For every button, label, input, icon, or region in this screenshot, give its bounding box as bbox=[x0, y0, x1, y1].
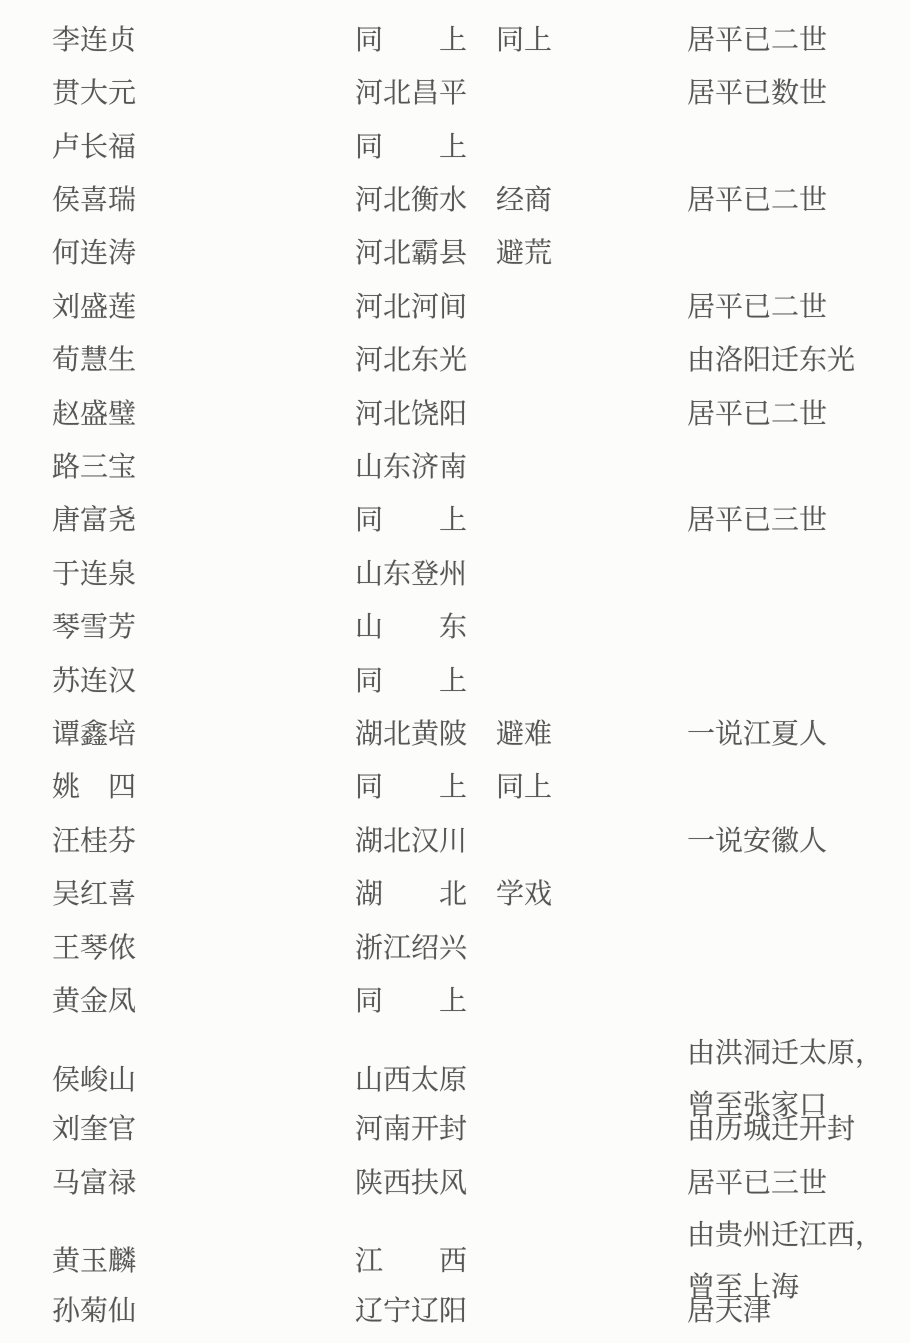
residence-note: 一说安徽人 bbox=[687, 825, 910, 859]
table-row: 孙菊仙 辽宁辽阳 居天津 bbox=[0, 1285, 910, 1338]
native-place: 同 上 bbox=[355, 665, 496, 699]
residence-note: 居平已二世 bbox=[687, 184, 910, 218]
native-place: 河北河间 bbox=[355, 291, 496, 325]
table-row: 黄金凤 同 上 bbox=[0, 975, 910, 1028]
residence-note: 居平已三世 bbox=[687, 1167, 910, 1201]
table-row: 何连涛 河北霸县 避荒 bbox=[0, 228, 910, 281]
performer-name: 赵盛璧 bbox=[52, 398, 355, 432]
table-row: 苏连汉 同 上 bbox=[0, 655, 910, 708]
residence-note-line: 由洛阳迁东光 bbox=[687, 344, 910, 378]
performer-name: 汪桂芬 bbox=[52, 825, 355, 859]
table-row: 赵盛璧 河北饶阳 居平已二世 bbox=[0, 388, 910, 441]
table-row: 贯大元 河北昌平 居平已数世 bbox=[0, 67, 910, 120]
native-place: 同 上 bbox=[355, 985, 496, 1019]
performer-name: 刘奎官 bbox=[52, 1113, 355, 1147]
table-row: 刘奎官 河南开封 由历城迁开封 bbox=[0, 1103, 910, 1156]
migration-reason: 经商 bbox=[496, 184, 687, 218]
table-row: 汪桂芬 湖北汉川 一说安徽人 bbox=[0, 815, 910, 868]
residence-note-line: 居平已二世 bbox=[687, 184, 910, 218]
table-row: 李连贞 同 上 同上 居平已二世 bbox=[0, 14, 910, 67]
performer-name: 孙菊仙 bbox=[52, 1295, 355, 1329]
table-row: 琴雪芳 山 东 bbox=[0, 601, 910, 654]
residence-note: 居平已三世 bbox=[687, 504, 910, 538]
native-place: 山东登州 bbox=[355, 558, 496, 592]
migration-reason: 同上 bbox=[496, 24, 687, 58]
performer-name: 卢长福 bbox=[52, 131, 355, 165]
residence-note-line: 居平已二世 bbox=[687, 398, 910, 432]
performer-name: 荀慧生 bbox=[52, 344, 355, 378]
table-row: 荀慧生 河北东光 由洛阳迁东光 bbox=[0, 334, 910, 387]
table-row: 王琴侬 浙江绍兴 bbox=[0, 922, 910, 975]
residence-note: 居天津 bbox=[687, 1295, 910, 1329]
performer-name: 谭鑫培 bbox=[52, 718, 355, 752]
native-place: 陕西扶风 bbox=[355, 1167, 496, 1201]
table-row: 黄玉麟 江 西 由贵州迁江西，曾至上海 bbox=[0, 1210, 910, 1285]
table-row: 路三宝 山东济南 bbox=[0, 441, 910, 494]
performer-name: 李连贞 bbox=[52, 24, 355, 58]
residence-note: 由洛阳迁东光 bbox=[687, 344, 910, 378]
performer-name: 路三宝 bbox=[52, 451, 355, 485]
table-row: 吴红喜 湖 北 学戏 bbox=[0, 868, 910, 921]
migration-reason: 同上 bbox=[496, 771, 687, 805]
table-row: 于连泉 山东登州 bbox=[0, 548, 910, 601]
native-place: 河北东光 bbox=[355, 344, 496, 378]
residence-note: 居平已二世 bbox=[687, 24, 910, 58]
residence-note-line: 居平已二世 bbox=[687, 24, 910, 58]
table-row: 唐富尧 同 上 居平已三世 bbox=[0, 495, 910, 548]
performer-name: 姚 四 bbox=[52, 771, 355, 805]
performer-name: 黄玉麟 bbox=[52, 1245, 355, 1279]
native-place: 湖北黄陂 bbox=[355, 718, 496, 752]
performer-name: 吴红喜 bbox=[52, 878, 355, 912]
performer-name: 侯峻山 bbox=[52, 1064, 355, 1098]
native-place: 河北饶阳 bbox=[355, 398, 496, 432]
native-place: 同 上 bbox=[355, 131, 496, 165]
performer-name: 王琴侬 bbox=[52, 932, 355, 966]
performer-name: 侯喜瑞 bbox=[52, 184, 355, 218]
table-row: 刘盛莲 河北河间 居平已二世 bbox=[0, 281, 910, 334]
residence-note-line: 居平已二世 bbox=[687, 291, 910, 325]
residence-note: 一说江夏人 bbox=[687, 718, 910, 752]
residence-note: 居平已二世 bbox=[687, 291, 910, 325]
native-place: 同 上 bbox=[355, 771, 496, 805]
native-place: 河北霸县 bbox=[355, 237, 496, 271]
performer-name: 琴雪芳 bbox=[52, 611, 355, 645]
performer-name: 贯大元 bbox=[52, 77, 355, 111]
table-row: 姚 四 同 上 同上 bbox=[0, 761, 910, 814]
residence-note-line: 由历城迁开封 bbox=[687, 1113, 910, 1147]
table-row: 侯峻山 山西太原 由洪洞迁太原，曾至张家口 bbox=[0, 1028, 910, 1103]
native-place: 浙江绍兴 bbox=[355, 932, 496, 966]
performer-name: 何连涛 bbox=[52, 237, 355, 271]
native-place: 山西太原 bbox=[355, 1064, 496, 1098]
native-place: 河北昌平 bbox=[355, 77, 496, 111]
performer-register-table: 李连贞 同 上 同上 居平已二世 贯大元 河北昌平 居平已数世 卢长福 同 上 … bbox=[0, 14, 910, 1339]
residence-note-line: 居平已三世 bbox=[687, 1167, 910, 1201]
migration-reason: 避荒 bbox=[496, 237, 687, 271]
performer-name: 黄金凤 bbox=[52, 985, 355, 1019]
residence-note-line: 居平已数世 bbox=[687, 77, 910, 111]
native-place: 湖北汉川 bbox=[355, 825, 496, 859]
residence-note-line: 由贵州迁江西， bbox=[687, 1210, 910, 1262]
native-place: 山 东 bbox=[355, 611, 496, 645]
performer-name: 唐富尧 bbox=[52, 504, 355, 538]
native-place: 同 上 bbox=[355, 504, 496, 538]
table-row: 马富禄 陕西扶风 居平已三世 bbox=[0, 1157, 910, 1210]
table-row: 侯喜瑞 河北衡水 经商 居平已二世 bbox=[0, 174, 910, 227]
performer-name: 刘盛莲 bbox=[52, 291, 355, 325]
residence-note-line: 一说安徽人 bbox=[687, 825, 910, 859]
table-row: 谭鑫培 湖北黄陂 避难 一说江夏人 bbox=[0, 708, 910, 761]
native-place: 河北衡水 bbox=[355, 184, 496, 218]
residence-note-line: 由洪洞迁太原， bbox=[687, 1028, 910, 1080]
native-place: 湖 北 bbox=[355, 878, 496, 912]
performer-name: 苏连汉 bbox=[52, 665, 355, 699]
native-place: 辽宁辽阳 bbox=[355, 1295, 496, 1329]
native-place: 江 西 bbox=[355, 1245, 496, 1279]
residence-note: 居平已二世 bbox=[687, 398, 910, 432]
document-page: 李连贞 同 上 同上 居平已二世 贯大元 河北昌平 居平已数世 卢长福 同 上 … bbox=[0, 0, 910, 1343]
migration-reason: 学戏 bbox=[496, 878, 687, 912]
residence-note-line: 一说江夏人 bbox=[687, 718, 910, 752]
migration-reason: 避难 bbox=[496, 718, 687, 752]
residence-note-line: 居天津 bbox=[687, 1295, 910, 1329]
performer-name: 马富禄 bbox=[52, 1167, 355, 1201]
performer-name: 于连泉 bbox=[52, 558, 355, 592]
residence-note: 由历城迁开封 bbox=[687, 1113, 910, 1147]
native-place: 山东济南 bbox=[355, 451, 496, 485]
residence-note-line: 居平已三世 bbox=[687, 504, 910, 538]
native-place: 同 上 bbox=[355, 24, 496, 58]
native-place: 河南开封 bbox=[355, 1113, 496, 1147]
table-row: 卢长福 同 上 bbox=[0, 121, 910, 174]
residence-note: 居平已数世 bbox=[687, 77, 910, 111]
